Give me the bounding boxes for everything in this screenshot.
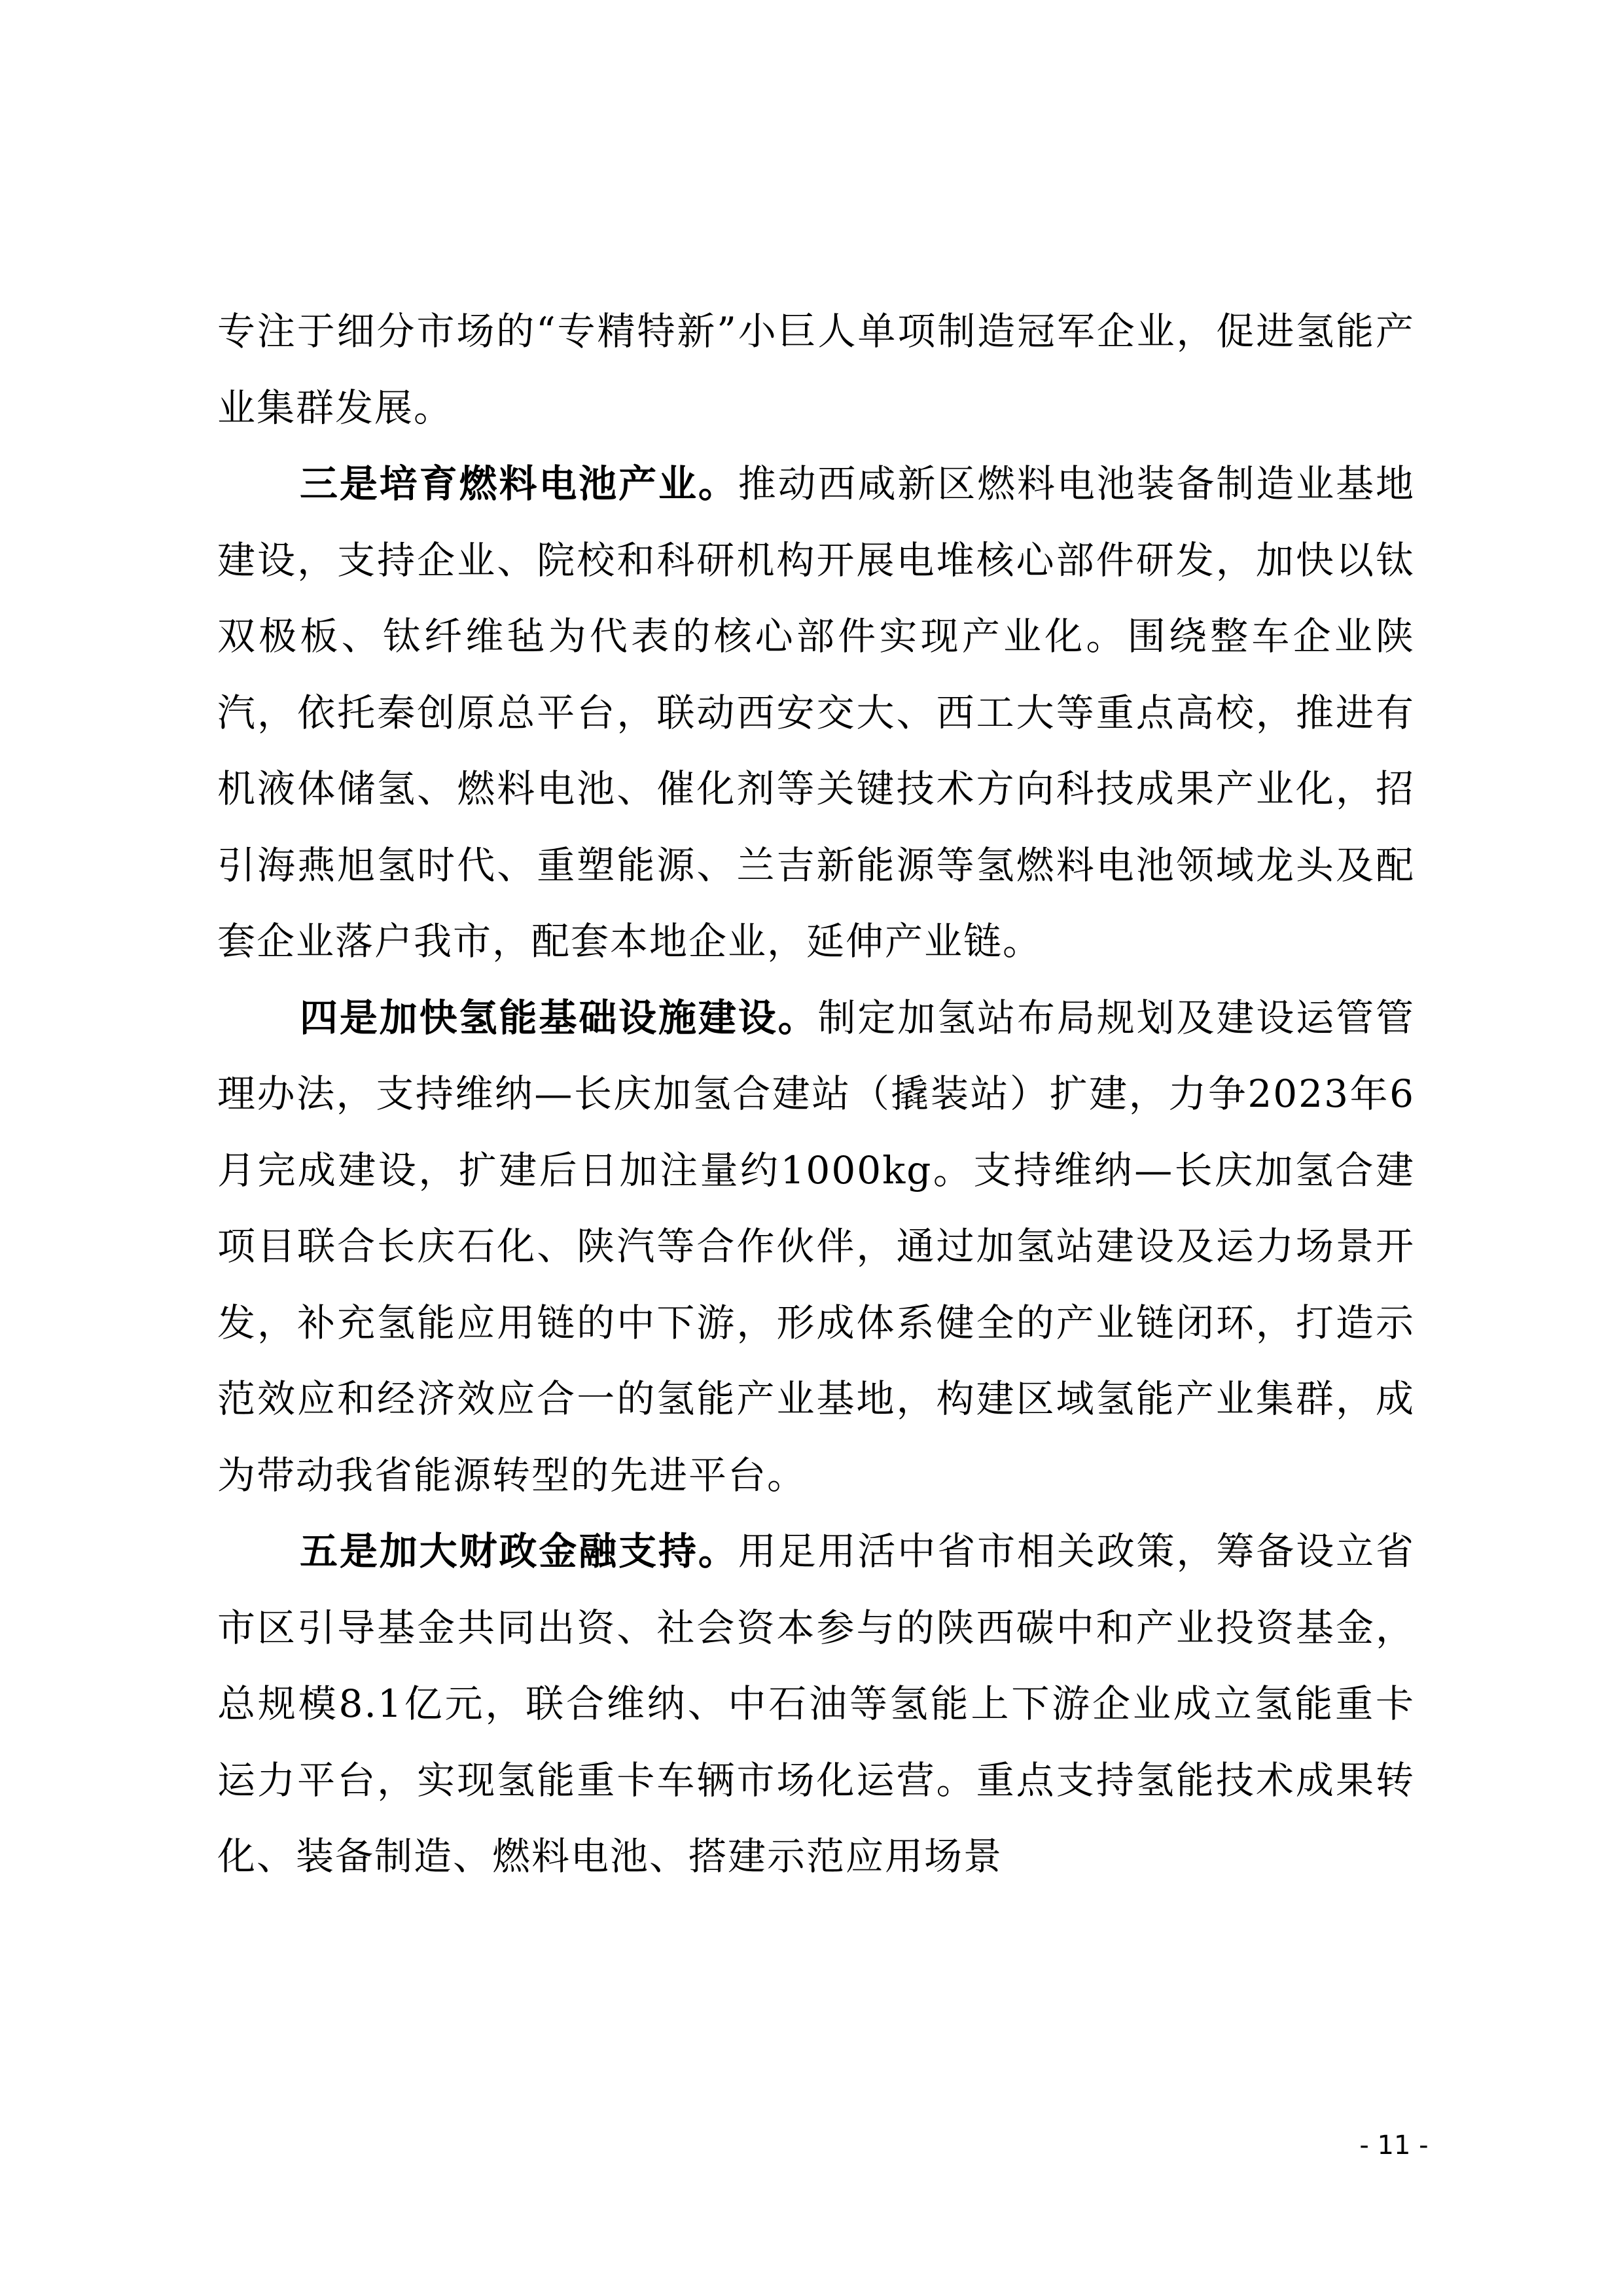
paragraph-text: 推动西咸新区燃料电池装备制造业基地建设，支持企业、院校和科研机构开展电堆核心部件… bbox=[217, 461, 1415, 963]
paragraph-fuel-cell: 三是培育燃料电池产业。推动西咸新区燃料电池装备制造业基地建设，支持企业、院校和科… bbox=[217, 446, 1415, 980]
paragraph-continuation: 专注于细分市场的“专精特新”小巨人单项制造冠军企业，促进氢能产业集群发展。 bbox=[217, 293, 1415, 446]
body-text: 专注于细分市场的“专精特新”小巨人单项制造冠军企业，促进氢能产业集群发展。 三是… bbox=[217, 293, 1415, 1895]
page-number: - 11 - bbox=[1355, 2130, 1433, 2161]
paragraph-text: 用足用活中省市相关政策，筹备设立省市区引导基金共同出资、社会资本参与的陕西碳中和… bbox=[217, 1529, 1415, 1878]
paragraph-infrastructure: 四是加快氢能基础设施建设。制定加氢站布局规划及建设运管管理办法，支持维纳—长庆加… bbox=[217, 980, 1415, 1514]
document-page: 专注于细分市场的“专精特新”小巨人单项制造冠军企业，促进氢能产业集群发展。 三是… bbox=[0, 0, 1623, 2296]
paragraph-text: 专注于细分市场的“专精特新”小巨人单项制造冠军企业，促进氢能产业集群发展。 bbox=[217, 309, 1415, 430]
paragraph-text: 制定加氢站布局规划及建设运管管理办法，支持维纳—长庆加氢合建站（撬装站）扩建，力… bbox=[217, 996, 1415, 1498]
paragraph-lead: 四是加快氢能基础设施建设。 bbox=[300, 996, 818, 1040]
paragraph-lead: 五是加大财政金融支持。 bbox=[300, 1529, 738, 1573]
paragraph-lead: 三是培育燃料电池产业。 bbox=[300, 461, 738, 506]
paragraph-finance: 五是加大财政金融支持。用足用活中省市相关政策，筹备设立省市区引导基金共同出资、社… bbox=[217, 1513, 1415, 1895]
